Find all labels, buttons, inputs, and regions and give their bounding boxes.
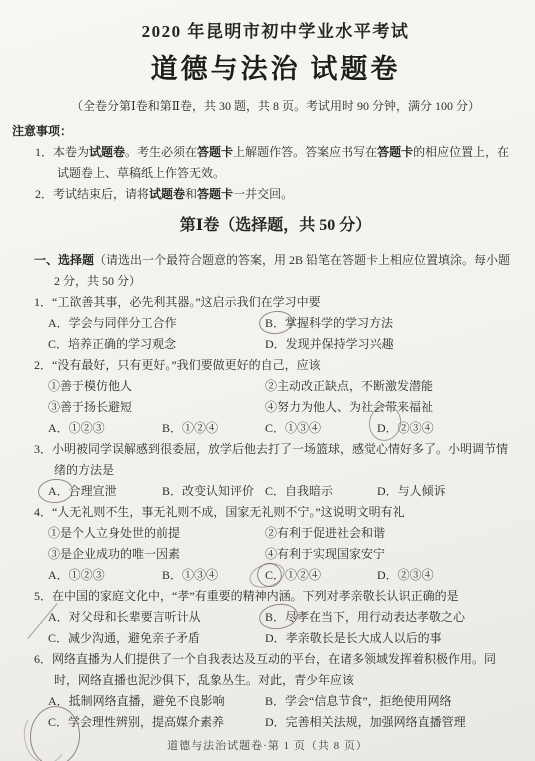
q5-option-a: A．对父母和长辈要言听计从 [48,607,265,628]
q4-choice-a-text: A．①②③ [48,568,105,582]
note2-bold-card: 答题卡 [197,187,233,201]
q3-choice-c-text: C．自我暗示 [265,484,333,498]
q3-choice-b-text: B．改变认知评价 [162,484,254,498]
question-4-statements: ①是个人立身处世的前提 ②有利于促进社会和谐 ③是企业成功的唯一因素 ④有利于实… [48,523,517,565]
q3-choice-d: D．与人倾诉 [377,481,517,502]
q2-choice-a: A．①②③ [48,418,162,439]
q4-statement-2-text: ②有利于促进社会和谐 [265,526,385,540]
note-item-1: 1．本卷为试题卷。考生必须在答题卡上解题作答。答案应书写在答题卡的相应位置上，在… [35,142,517,184]
q2-statement-1-text: ①善于模仿他人 [48,379,132,393]
q5-option-b-text: B．尽孝在当下，用行动表达孝敬之心 [265,610,465,624]
q4-choice-d: D．②③④ [377,565,517,586]
question-5-stem: 5．在中国的家庭文化中，“孝”有重要的精神内涵。下列对孝亲敬长认识正确的是 [34,586,517,607]
subject-title: 道德与法治 试题卷 [34,52,517,86]
question-2-statements: ①善于模仿他人 ②主动改正缺点，不断激发潜能 ③善于扬长避短 ④努力为他人、为社… [48,376,517,418]
q5-option-d: D．孝亲敬长是长大成人以后的事 [265,628,517,649]
q1-option-a-text: A．学会与同伴分工合作 [48,316,177,330]
note1-bold-card: 答题卡 [197,145,233,159]
q6-option-d-text: D．完善相关法规，加强网络直播管理 [265,715,466,729]
note2-text: 一并交回。 [233,187,293,201]
q4-choice-d-text: D．②③④ [377,568,434,582]
q2-statement-4-text: ④努力为他人、为社会带来福祉 [265,400,433,414]
q6-option-a: A．抵制网络直播，避免不良影响 [48,691,265,712]
q1-option-b-text: B．掌握科学的学习方法 [265,316,393,330]
part-heading: 一、选择题（请选出一个最符合题意的答案，用 2B 铅笔在答题卡上相应位置填涂。每… [34,250,517,292]
q2-choice-d: D．②③④ [377,418,517,439]
question-2-choices: A．①②③ B．①②④ C．①③④ D．②③④ [48,418,517,439]
q4-statement-3: ③是企业成功的唯一因素 [48,544,265,565]
note1-text: 1．本卷为 [35,145,89,159]
exam-title: 2020 年昆明市初中学业水平考试 [34,20,517,44]
q1-option-b: B．掌握科学的学习方法 [265,313,517,334]
note1-text: 上解题作答。答案应书写在 [233,145,377,159]
q1-option-d: D．发现并保持学习兴趣 [265,334,517,355]
note2-text: 和 [185,187,197,201]
q3-choice-c: C．自我暗示 [265,481,377,502]
q6-option-a-text: A．抵制网络直播，避免不良影响 [48,694,225,708]
q3-choice-b: B．改变认知评价 [162,481,265,502]
q6-option-c: C．学会理性辨别，提高媒介素养 [48,712,265,733]
question-1-options: A．学会与同伴分工合作 B．掌握科学的学习方法 C．培养正确的学习观念 D．发现… [48,313,517,355]
question-5-options: A．对父母和长辈要言听计从 B．尽孝在当下，用行动表达孝敬之心 C．减少沟通，避… [48,607,517,649]
q1-option-a: A．学会与同伴分工合作 [48,313,265,334]
q2-choice-b-text: B．①②④ [162,421,218,435]
q3-choice-a: A．合理宣泄 [48,481,162,502]
note1-text: 。考生必须在 [125,145,197,159]
note2-text: 2．考试结束后，请将 [35,187,149,201]
question-3-stem: 3．小明被同学误解感到很委屈，放学后他去打了一场篮球，感觉心情好多了。小明调节情… [34,439,517,481]
q4-choice-a: A．①②③ [48,565,162,586]
exam-paper-page: 2020 年昆明市初中学业水平考试 道德与法治 试题卷 （全卷分第Ⅰ卷和第Ⅱ卷，… [0,0,535,761]
note1-bold-card: 答题卡 [377,145,413,159]
part-desc: （请选出一个最符合题意的答案，用 2B 铅笔在答题卡上相应位置填涂。每小题 2 … [54,253,510,288]
q3-choice-d-text: D．与人倾诉 [377,484,446,498]
q4-statement-1-text: ①是个人立身处世的前提 [48,526,180,540]
q5-option-b: B．尽孝在当下，用行动表达孝敬之心 [265,607,517,628]
question-6-options: A．抵制网络直播，避免不良影响 B．学会“信息节食”，拒绝使用网络 C．学会理性… [48,691,517,733]
q1-option-d-text: D．发现并保持学习兴趣 [265,337,394,351]
q4-choice-b: B．①③④ [162,565,265,586]
notes-heading: 注意事项： [12,121,517,142]
q3-choice-a-text: A．合理宣泄 [48,484,117,498]
question-4-choices: A．①②③ B．①③④ C．①②④ D．②③④ [48,565,517,586]
page-content: 2020 年昆明市初中学业水平考试 道德与法治 试题卷 （全卷分第Ⅰ卷和第Ⅱ卷，… [0,0,535,733]
q4-choice-c-text: C．①②④ [265,568,321,582]
q4-statement-4-text: ④有利于实现国家安宁 [265,547,385,561]
q2-statement-3-text: ③善于扬长避短 [48,400,132,414]
q2-choice-d-text: D．②③④ [377,421,434,435]
question-4-stem: 4．“人无礼则不生，事无礼则不成，国家无礼则不宁。”这说明文明有礼 [34,502,517,523]
question-2-stem: 2．“没有最好，只有更好。”我们要做更好的自己，应该 [34,355,517,376]
section-1-title: 第Ⅰ卷（选择题，共 50 分） [34,214,517,238]
q4-choice-c: C．①②④ [265,565,377,586]
q2-statement-3: ③善于扬长避短 [48,397,265,418]
q6-option-d: D．完善相关法规，加强网络直播管理 [265,712,517,733]
q6-option-b-text: B．学会“信息节食”，拒绝使用网络 [265,694,452,708]
question-1-stem: 1．“工欲善其事，必先利其器。”这启示我们在学习中要 [34,292,517,313]
q1-option-c-text: C．培养正确的学习观念 [48,337,176,351]
q5-option-d-text: D．孝亲敬长是长大成人以后的事 [265,631,442,645]
paper-info: （全卷分第Ⅰ卷和第Ⅱ卷，共 30 题，共 8 页。考试用时 90 分钟，满分 1… [34,96,517,117]
q6-option-c-text: C．学会理性辨别，提高媒介素养 [48,715,224,729]
q2-statement-4: ④努力为他人、为社会带来福祉 [265,397,517,418]
q5-option-a-text: A．对父母和长辈要言听计从 [48,610,201,624]
note-item-2: 2．考试结束后，请将试题卷和答题卡一并交回。 [35,184,517,205]
q2-choice-c-text: C．①③④ [265,421,321,435]
q4-statement-1: ①是个人立身处世的前提 [48,523,265,544]
q1-option-c: C．培养正确的学习观念 [48,334,265,355]
q4-statement-3-text: ③是企业成功的唯一因素 [48,547,180,561]
note2-bold-paper: 试题卷 [149,187,185,201]
page-footer: 道德与法治试题卷·第 1 页（共 8 页） [0,737,535,753]
q2-choice-a-text: A．①②③ [48,421,105,435]
part-label: 一、选择题 [34,253,94,267]
q2-statement-1: ①善于模仿他人 [48,376,265,397]
note1-bold-paper: 试题卷 [89,145,125,159]
q6-option-b: B．学会“信息节食”，拒绝使用网络 [265,691,517,712]
q4-statement-2: ②有利于促进社会和谐 [265,523,517,544]
question-6-stem: 6．网络直播为人们提供了一个自我表达及互动的平台，在诸多领域发挥着积极作用。同时… [34,649,517,691]
q5-option-c-text: C．减少沟通，避免亲子矛盾 [48,631,200,645]
q2-statement-2-text: ②主动改正缺点，不断激发潜能 [265,379,433,393]
question-3-choices: A．合理宣泄 B．改变认知评价 C．自我暗示 D．与人倾诉 [48,481,517,502]
q5-option-c: C．减少沟通，避免亲子矛盾 [48,628,265,649]
q2-statement-2: ②主动改正缺点，不断激发潜能 [265,376,517,397]
q2-choice-c: C．①③④ [265,418,377,439]
q4-choice-b-text: B．①③④ [162,568,218,582]
q4-statement-4: ④有利于实现国家安宁 [265,544,517,565]
q2-choice-b: B．①②④ [162,418,265,439]
